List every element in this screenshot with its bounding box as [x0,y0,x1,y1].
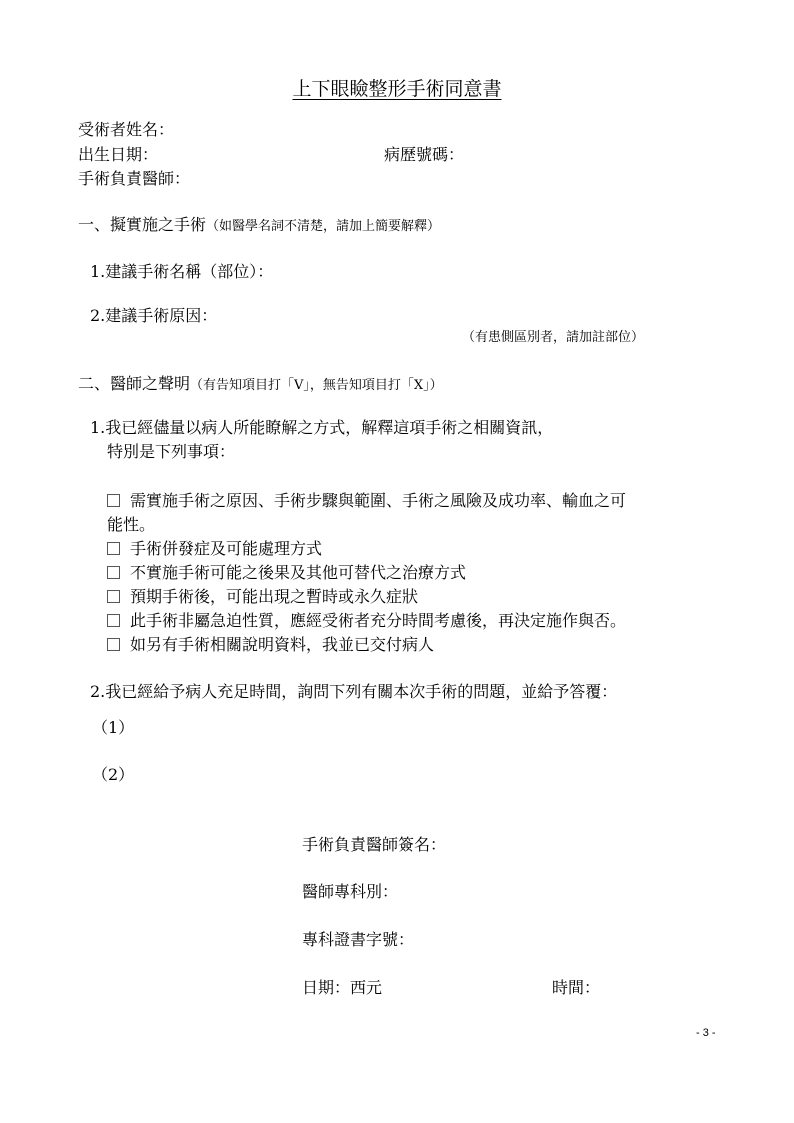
patient-name-field: 受術者姓名： [78,120,174,140]
proposed-surgery-reason: 2.建議手術原因： [90,306,217,326]
checkbox[interactable] [107,542,120,555]
doctor-signature-field: 手術負責醫師簽名： [302,835,446,855]
checklist-label: 如另有手術相關說明資料，我並已交付病人 [130,635,434,654]
checklist-item: 需實施手術之原因、手術步驟與範圍、手術之風險及成功率、輸血之可 [107,491,626,511]
checklist-item-continuation: 能性。 [107,515,155,535]
responsible-doctor-field: 手術負責醫師： [78,169,190,189]
checklist-label: 需實施手術之原因、手術步驟與範圍、手術之風險及成功率、輸血之可 [130,491,626,510]
checklist-item: 此手術非屬急迫性質，應經受術者充分時間考慮後，再決定施作與否。 [107,611,626,631]
section1-note: （如醫學名詞不清楚，請加上簡要解釋） [206,219,440,234]
section1-heading: 一、擬實施之手術（如醫學名詞不清楚，請加上簡要解釋） [78,215,440,236]
section2-note: （有告知項目打「V」，無告知項目打「X」） [190,378,443,393]
page-number: - 3 - [696,1027,716,1039]
side-note: （有患側區別者，請加註部位） [462,329,644,347]
statement-1-line1: 1.我已經儘量以病人所能瞭解之方式，解釋這項手術之相關資訊， [90,418,553,438]
section2-heading: 二、醫師之聲明（有告知項目打「V」，無告知項目打「X」） [78,374,443,395]
section1-title: 一、擬實施之手術 [78,215,206,234]
birth-date-field: 出生日期： [78,145,158,165]
section2-title: 二、醫師之聲明 [78,374,190,393]
checklist-label: 預期手術後，可能出現之暫時或永久症狀 [130,587,418,606]
question-2: （2） [92,765,134,785]
checkbox[interactable] [107,614,120,627]
checkbox[interactable] [107,494,120,507]
checkbox[interactable] [107,590,120,603]
statement-2: 2.我已經給予病人充足時間，詢問下列有關本次手術的問題，並給予答覆： [90,682,617,702]
checklist-item: 預期手術後，可能出現之暫時或永久症狀 [107,587,418,607]
certificate-number-field: 專科證書字號： [302,930,414,950]
specialty-field: 醫師專科別： [302,882,398,902]
checklist-item: 如另有手術相關說明資料，我並已交付病人 [107,635,434,655]
chart-number-field: 病歷號碼： [384,145,464,165]
statement-1-line2: 特別是下列事項： [107,442,235,462]
checkbox[interactable] [107,638,120,651]
document-title: 上下眼瞼整形手術同意書 [0,74,794,101]
checklist-item: 手術併發症及可能處理方式 [107,539,322,559]
proposed-surgery-name: 1.建議手術名稱（部位）： [90,262,273,282]
question-1: （1） [92,718,134,738]
date-field: 日期：西元 [302,978,382,998]
checklist-label: 此手術非屬急迫性質，應經受術者充分時間考慮後，再決定施作與否。 [130,611,626,630]
checklist-label: 不實施手術可能之後果及其他可替代之治療方式 [130,563,466,582]
checklist-label: 手術併發症及可能處理方式 [130,539,322,558]
checkbox[interactable] [107,566,120,579]
time-field: 時間： [552,978,600,998]
checklist-item: 不實施手術可能之後果及其他可替代之治療方式 [107,563,466,583]
